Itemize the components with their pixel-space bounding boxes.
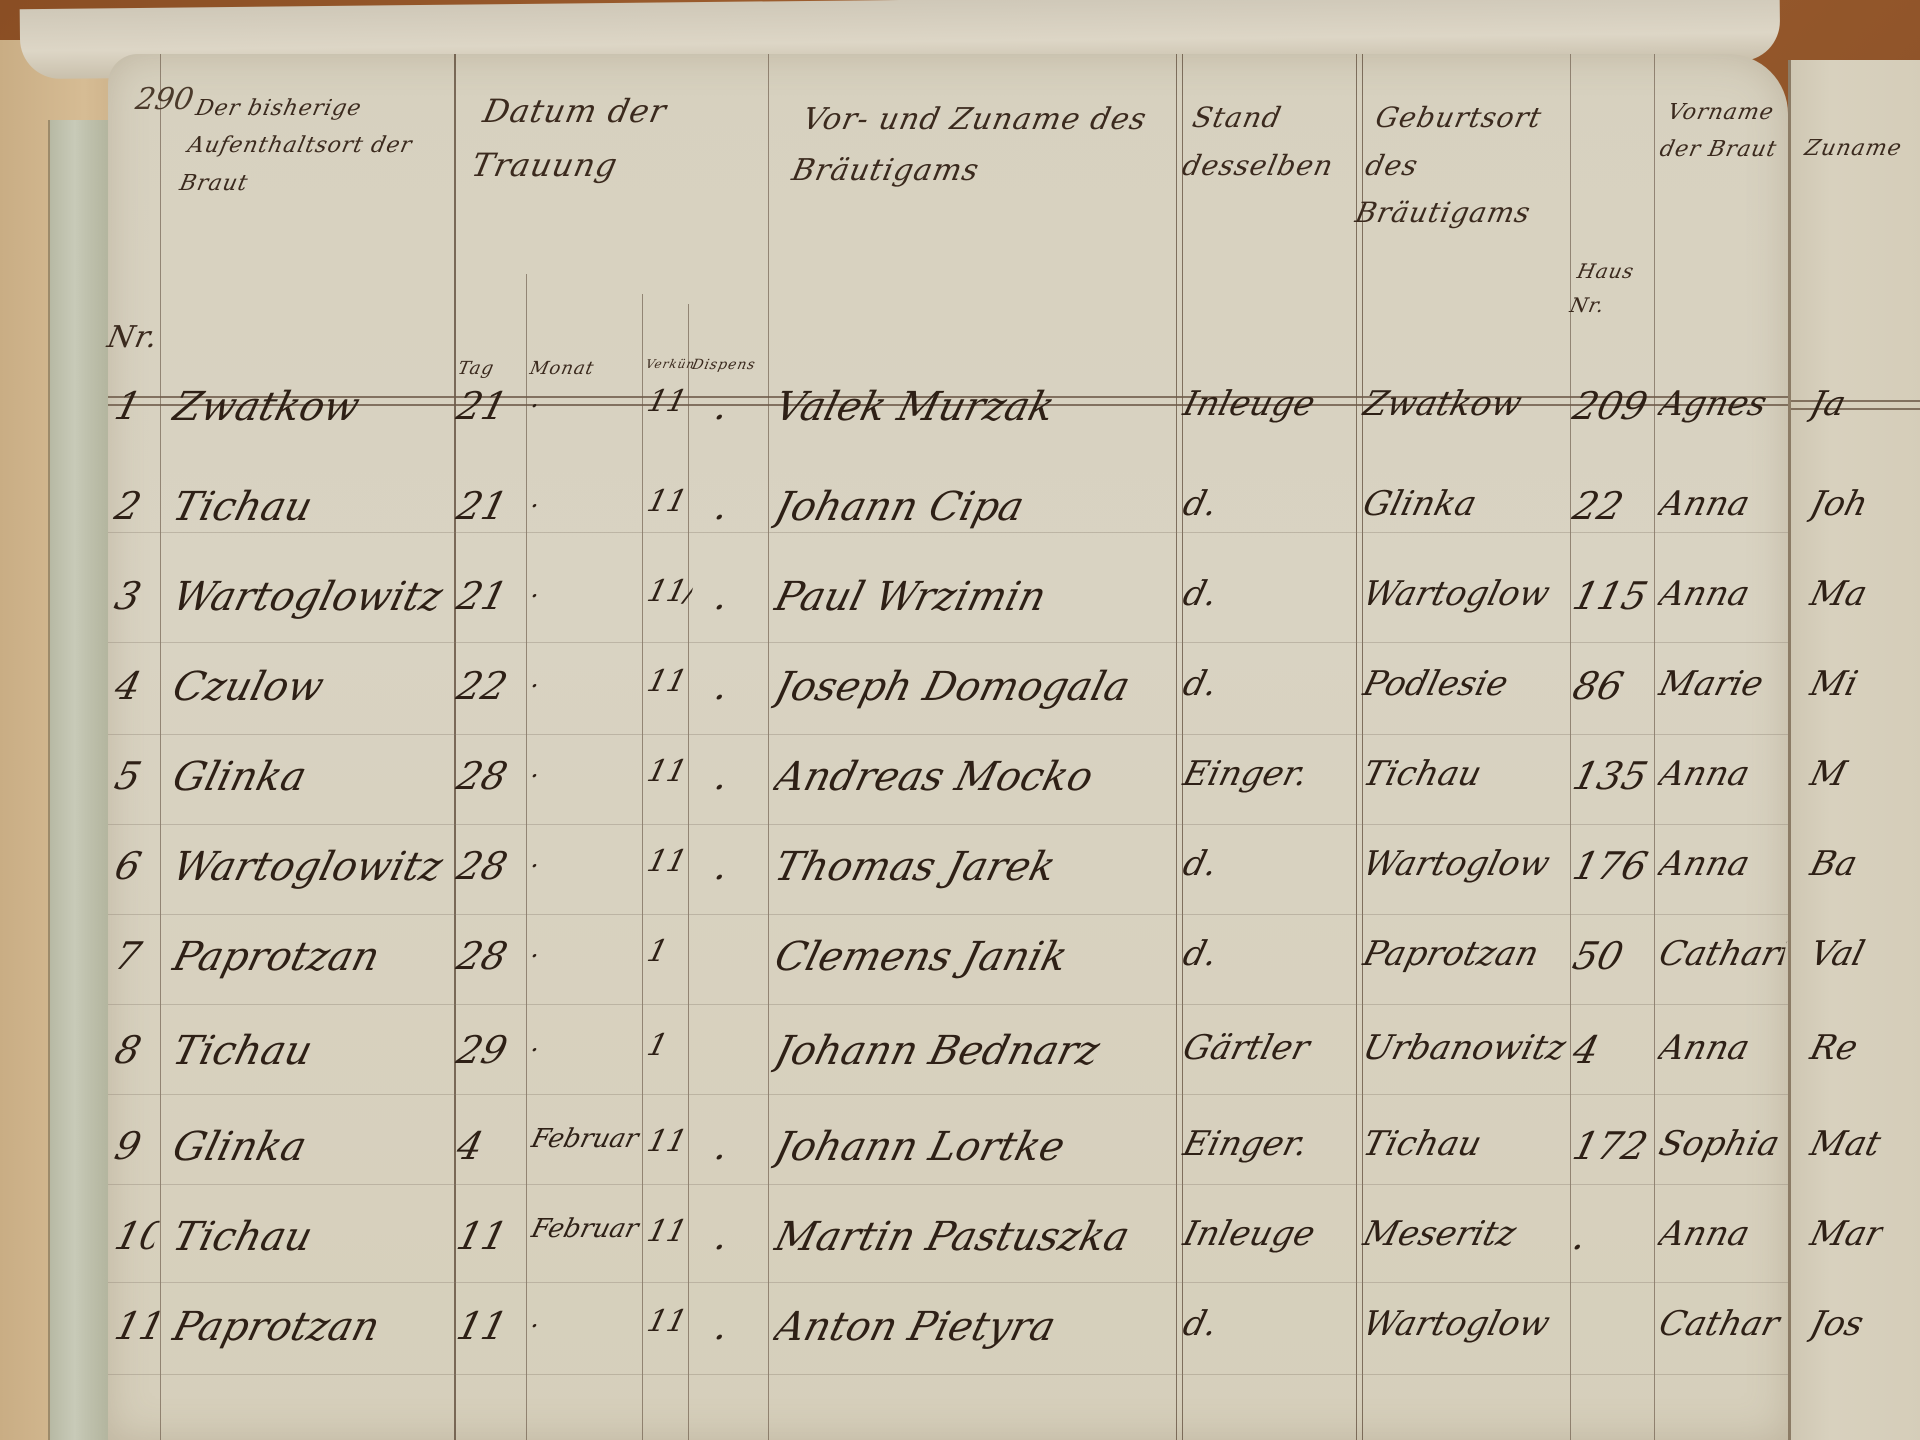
groom-name: Martin Pastuszka bbox=[770, 1214, 1179, 1260]
table-row: 11 Paprotzan 11 . 11 . Anton Pietyra d. … bbox=[108, 1304, 1788, 1364]
groom-birthplace: Wartoglow bbox=[1359, 1304, 1573, 1344]
bride-residence: Glinka bbox=[168, 754, 459, 800]
groom-status: Inleuge bbox=[1179, 1214, 1359, 1254]
bride-residence: Paprotzan bbox=[168, 934, 459, 980]
bride-first-name: Cathari bbox=[1655, 934, 1789, 974]
date-day: 11 bbox=[453, 1214, 530, 1258]
dispensation: . bbox=[711, 754, 762, 798]
row-line bbox=[108, 1184, 1788, 1185]
groom-birthplace: Zwatkow bbox=[1359, 384, 1573, 424]
date-day: 21 bbox=[453, 574, 530, 618]
groom-name: Andreas Mocko bbox=[770, 754, 1179, 800]
bride-residence: Zwatkow bbox=[168, 384, 459, 430]
header-bride-name: Vorname der Braut bbox=[1656, 94, 1792, 169]
facing-page-entry: Mar bbox=[1806, 1214, 1887, 1254]
page-number: 290 bbox=[133, 82, 196, 117]
bride-residence: Tichau bbox=[168, 1028, 459, 1074]
header-groom-birthplace: Geburtsort des Bräutigams bbox=[1351, 94, 1581, 237]
facing-page-entry: Joh bbox=[1806, 484, 1872, 524]
bride-residence: Tichau bbox=[168, 1214, 459, 1260]
groom-name: Clemens Janik bbox=[770, 934, 1179, 980]
bride-residence: Tichau bbox=[168, 484, 459, 530]
house-number: . bbox=[1569, 1214, 1660, 1258]
date-day: 22 bbox=[453, 664, 530, 708]
banns: 1 bbox=[644, 934, 697, 969]
house-number: 86 bbox=[1569, 664, 1660, 708]
house-number: 50 bbox=[1569, 934, 1660, 978]
groom-birthplace: Podlesie bbox=[1359, 664, 1573, 704]
register-page: 290 Der bisherige Aufenthaltsort der Bra… bbox=[108, 54, 1788, 1440]
facing-page-entry: Re bbox=[1806, 1028, 1862, 1068]
bride-first-name: Anna bbox=[1655, 1028, 1789, 1068]
date-day: 28 bbox=[453, 754, 530, 798]
groom-name: Johann Bednarz bbox=[770, 1028, 1179, 1074]
house-number: 22 bbox=[1569, 484, 1660, 528]
facing-page-entry: M bbox=[1806, 754, 1851, 794]
bride-residence: Paprotzan bbox=[168, 1304, 459, 1350]
date-month: . bbox=[528, 844, 645, 874]
date-day: 28 bbox=[453, 844, 530, 888]
bride-first-name: Sophia bbox=[1655, 1124, 1789, 1164]
header-groom-status: Stand desselben bbox=[1178, 94, 1358, 189]
banns: 11/2 bbox=[644, 574, 697, 609]
bride-first-name: Anna bbox=[1655, 484, 1789, 524]
table-row: 4 Czulow 22 . 11 . Joseph Domogala d. Po… bbox=[108, 664, 1788, 724]
facing-page-entry: Ma bbox=[1806, 574, 1871, 614]
table-row: 5 Glinka 28 . 11 . Andreas Mocko Einger.… bbox=[108, 754, 1788, 814]
bride-first-name: Anna bbox=[1655, 1214, 1789, 1254]
date-day: 11 bbox=[453, 1304, 530, 1348]
header-month: Monat bbox=[527, 354, 597, 385]
groom-name: Joseph Domogala bbox=[770, 664, 1179, 710]
facing-page-entry: Jos bbox=[1806, 1304, 1868, 1344]
entry-number: 3 bbox=[111, 574, 162, 618]
header-banns: Verkündigung bbox=[644, 354, 696, 374]
facing-page: Zuname JaJohMaMiMBaValReMatMarJos bbox=[1788, 60, 1920, 1440]
date-day: 29 bbox=[453, 1028, 530, 1072]
dispensation: . bbox=[711, 664, 762, 708]
dispensation: . bbox=[711, 384, 762, 428]
table-row: 6 Wartoglowitz 28 . 11 . Thomas Jarek d.… bbox=[108, 844, 1788, 904]
entry-number: 9 bbox=[111, 1124, 162, 1168]
entry-number: 8 bbox=[111, 1028, 162, 1072]
groom-name: Johann Cipa bbox=[770, 484, 1179, 530]
dispensation: . bbox=[711, 1214, 762, 1258]
house-number: 4 bbox=[1569, 1028, 1660, 1072]
bride-residence: Wartoglowitz bbox=[168, 574, 459, 620]
header-groom-name: Vor- und Zuname des Bräutigams bbox=[787, 94, 1169, 196]
table-row: 3 Wartoglowitz 21 . 11/2 . Paul Wrzimin … bbox=[108, 574, 1788, 634]
dispensation: . bbox=[711, 1304, 762, 1348]
groom-status: Einger. bbox=[1179, 1124, 1359, 1164]
groom-name: Anton Pietyra bbox=[770, 1304, 1179, 1350]
date-day: 28 bbox=[453, 934, 530, 978]
facing-page-entry: Mat bbox=[1806, 1124, 1885, 1164]
date-month: Februar bbox=[528, 1124, 645, 1154]
date-month: . bbox=[528, 664, 645, 694]
groom-birthplace: Meseritz bbox=[1359, 1214, 1573, 1254]
bride-first-name: Anna bbox=[1655, 754, 1789, 794]
header-bride-residence: Der bisherige Aufenthaltsort der Braut bbox=[176, 90, 450, 202]
bride-first-name: Anna bbox=[1655, 574, 1789, 614]
groom-status: d. bbox=[1179, 934, 1359, 974]
date-month: . bbox=[528, 484, 645, 514]
groom-birthplace: Wartoglow bbox=[1359, 844, 1573, 884]
bride-first-name: Agnes bbox=[1655, 384, 1789, 424]
dispensation: . bbox=[711, 574, 762, 618]
facing-page-entry: Val bbox=[1806, 934, 1869, 974]
entry-number: 10 bbox=[111, 1214, 162, 1258]
entry-number: 2 bbox=[111, 484, 162, 528]
bride-residence: Wartoglowitz bbox=[168, 844, 459, 890]
dispensation: . bbox=[711, 1124, 762, 1168]
groom-status: d. bbox=[1179, 664, 1359, 704]
house-number: 135 bbox=[1569, 754, 1660, 798]
bride-first-name: Marie bbox=[1655, 664, 1789, 704]
row-line bbox=[108, 1004, 1788, 1005]
entry-number: 4 bbox=[111, 664, 162, 708]
table-row: 2 Tichau 21 . 11 . Johann Cipa d. Glinka… bbox=[108, 484, 1788, 544]
date-month: . bbox=[528, 754, 645, 784]
header-day: Tag bbox=[455, 354, 497, 385]
groom-name: Thomas Jarek bbox=[770, 844, 1179, 890]
binding-strip bbox=[48, 120, 112, 1440]
row-line bbox=[108, 824, 1788, 825]
dispensation: . bbox=[711, 484, 762, 528]
row-line bbox=[108, 734, 1788, 735]
date-month: . bbox=[528, 384, 645, 414]
groom-birthplace: Urbanowitz bbox=[1359, 1028, 1573, 1068]
groom-birthplace: Tichau bbox=[1359, 754, 1573, 794]
banns: 11 bbox=[644, 844, 697, 879]
house-number: 115 bbox=[1569, 574, 1660, 618]
groom-name: Paul Wrzimin bbox=[770, 574, 1179, 620]
groom-birthplace: Wartoglow bbox=[1359, 574, 1573, 614]
row-line bbox=[108, 1374, 1788, 1375]
entry-number: 7 bbox=[111, 934, 162, 978]
row-line bbox=[108, 914, 1788, 915]
header-house-number: Haus Nr. bbox=[1567, 254, 1661, 322]
groom-birthplace: Paprotzan bbox=[1359, 934, 1573, 974]
date-month: . bbox=[528, 1028, 645, 1058]
date-day: 21 bbox=[453, 384, 530, 428]
header-number: Nr. bbox=[103, 312, 164, 363]
entry-number: 6 bbox=[111, 844, 162, 888]
entry-number: 1 bbox=[111, 384, 162, 428]
groom-status: d. bbox=[1179, 574, 1359, 614]
facing-page-entry: Ja bbox=[1806, 384, 1850, 424]
banns: 1 bbox=[644, 1028, 697, 1063]
banns: 11 bbox=[644, 1304, 697, 1339]
facing-page-header: Zuname bbox=[1801, 130, 1919, 167]
groom-status: d. bbox=[1179, 1304, 1359, 1344]
house-number: 172 bbox=[1569, 1124, 1660, 1168]
groom-status: Inleuge bbox=[1179, 384, 1359, 424]
banns: 11 bbox=[644, 1124, 697, 1159]
entry-number: 5 bbox=[111, 754, 162, 798]
house-number: 209 bbox=[1569, 384, 1660, 428]
banns: 11 bbox=[644, 664, 697, 699]
facing-page-entry: Mi bbox=[1806, 664, 1862, 704]
groom-birthplace: Glinka bbox=[1359, 484, 1573, 524]
table-row: 1 Zwatkow 21 . 11 . Valek Murzak Inleuge… bbox=[108, 384, 1788, 444]
banns: 11 bbox=[644, 384, 697, 419]
table-row: 10 Tichau 11 Februar 11 . Martin Pastusz… bbox=[108, 1214, 1788, 1274]
banns: 11 bbox=[644, 484, 697, 519]
header-date: Datum der Trauung bbox=[466, 84, 789, 193]
groom-status: d. bbox=[1179, 844, 1359, 884]
date-month: . bbox=[528, 934, 645, 964]
dispensation: . bbox=[711, 844, 762, 888]
row-line bbox=[108, 642, 1788, 643]
facing-page-entry: Ba bbox=[1806, 844, 1861, 884]
bride-first-name: Cathar bbox=[1655, 1304, 1789, 1344]
house-number: 176 bbox=[1569, 844, 1660, 888]
banns: 11 bbox=[644, 754, 697, 789]
table-row: 8 Tichau 29 . 1 Johann Bednarz Gärtler U… bbox=[108, 1028, 1788, 1088]
bride-first-name: Anna bbox=[1655, 844, 1789, 884]
groom-name: Valek Murzak bbox=[770, 384, 1179, 430]
table-row: 7 Paprotzan 28 . 1 Clemens Janik d. Papr… bbox=[108, 934, 1788, 994]
bride-residence: Czulow bbox=[168, 664, 459, 710]
banns: 11 bbox=[644, 1214, 697, 1249]
bride-residence: Glinka bbox=[168, 1124, 459, 1170]
groom-status: Gärtler bbox=[1179, 1028, 1359, 1068]
date-month: . bbox=[528, 1304, 645, 1334]
entry-number: 11 bbox=[111, 1304, 162, 1348]
date-day: 4 bbox=[453, 1124, 530, 1168]
row-line bbox=[108, 1282, 1788, 1283]
date-day: 21 bbox=[453, 484, 530, 528]
table-row: 9 Glinka 4 Februar 11 . Johann Lortke Ei… bbox=[108, 1124, 1788, 1184]
groom-status: Einger. bbox=[1179, 754, 1359, 794]
groom-birthplace: Tichau bbox=[1359, 1124, 1573, 1164]
header-dispensation: Dispens bbox=[689, 354, 770, 378]
groom-name: Johann Lortke bbox=[770, 1124, 1179, 1170]
groom-status: d. bbox=[1179, 484, 1359, 524]
row-line bbox=[108, 1094, 1788, 1095]
date-month: Februar bbox=[528, 1214, 645, 1244]
date-month: . bbox=[528, 574, 645, 604]
